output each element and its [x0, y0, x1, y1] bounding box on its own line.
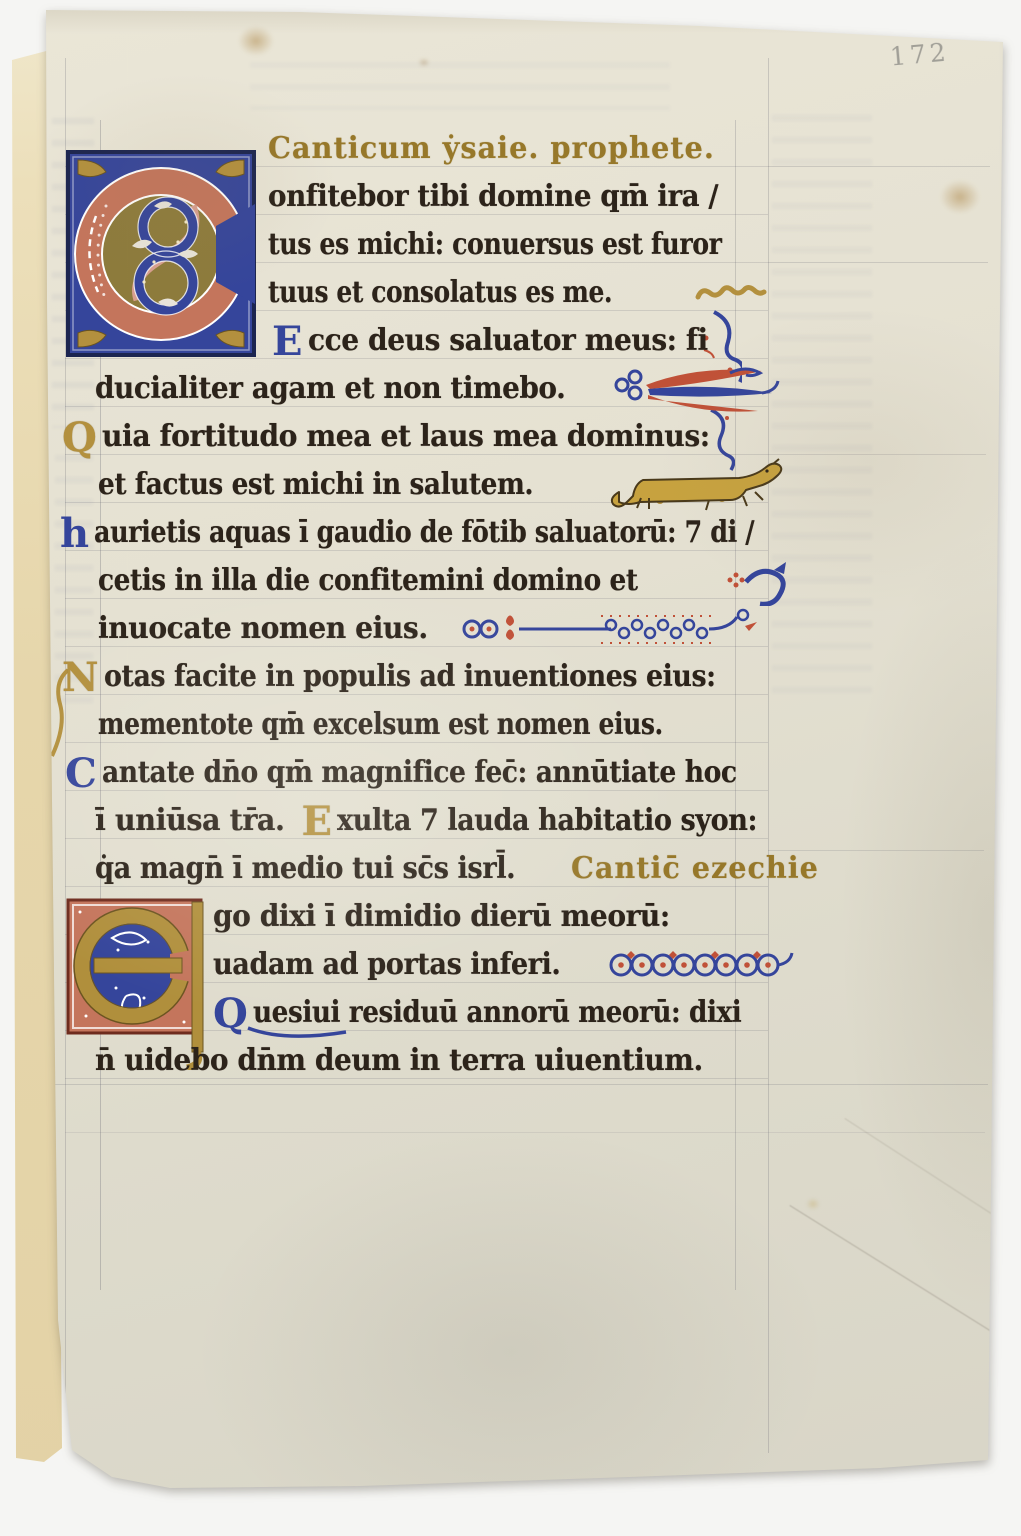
text-line: N otas facite in populis ad inuentiones … — [62, 654, 786, 700]
manuscript-page-scan: Canticum ẏsaie. prophete. onfitebor tibi… — [0, 0, 1021, 1536]
peacock-feather-filler — [461, 608, 761, 650]
text-line: n̄ uidebo dn̄m deum in terra uiuentium. — [95, 1038, 746, 1084]
ruling-line — [768, 454, 986, 455]
text-line: tus es michi: conuersus est furor — [268, 222, 807, 268]
text-line: C antate dn̄o qm̄ magnifice fec̄: annūti… — [65, 750, 817, 796]
text-line: E cce deus saluator meus: fi — [272, 318, 734, 364]
rubric-text: Canticum ẏsaie. prophete. — [268, 133, 715, 165]
versal-initial: Q — [213, 994, 248, 1034]
scratch-mark — [789, 1205, 1021, 1381]
text-line: Q uia fortitudo mea et laus mea dominus: — [62, 414, 748, 460]
parchment-sheet: Canticum ẏsaie. prophete. onfitebor tibi… — [0, 0, 1021, 1536]
rubric-text: Cantic̄ ezechie — [571, 853, 819, 885]
text-line: onfitebor tibi domine qm̄ ira / — [268, 174, 754, 220]
stain — [806, 1198, 820, 1210]
text-line: mementote qm̄ excelsum est nomen eius. — [98, 702, 775, 748]
show-through-text — [250, 62, 670, 110]
stain — [238, 26, 274, 56]
text-line: Q uesiui residuū annorū meorū: dixi — [213, 990, 810, 1036]
stain — [940, 180, 980, 214]
ruling-line — [48, 1084, 988, 1085]
circle-chain-filler — [608, 948, 796, 982]
ruling-line — [768, 166, 990, 167]
text-line: uadam ad portas inferi. — [213, 942, 796, 988]
text-line: h aurietis aquas ī gaudio de fōtib salua… — [60, 510, 872, 556]
gold-lion-filler — [605, 458, 797, 512]
versal-initial: N — [62, 658, 99, 698]
text-line: cetis in illa die confitemini domino et — [98, 558, 788, 604]
text-line: go dixi ī dimidio dierū meorū: — [213, 894, 701, 940]
ruling-line — [65, 1132, 985, 1133]
scratch-mark — [844, 1118, 1021, 1271]
blue-red-frond-filler — [612, 363, 780, 415]
text-line: q̇a magn̄ ī medio tui sc̄s isrl̄. Cantic… — [95, 846, 830, 892]
dragon-curl-filler — [724, 556, 788, 606]
versal-initial: E — [272, 322, 303, 362]
stain — [418, 58, 430, 67]
versal-initial: E — [302, 802, 333, 842]
show-through-text — [772, 115, 872, 695]
text-line: inuocate nomen eius. — [98, 606, 761, 652]
text-line: et factus est michi in salutem. — [98, 462, 797, 508]
gold-squiggle-filler — [694, 281, 768, 305]
text-line: tuus et consolatus es me. — [268, 270, 768, 316]
parchment-sheet-wrap: Canticum ẏsaie. prophete. onfitebor tibi… — [0, 0, 1021, 1536]
folio-number: 172 — [889, 39, 951, 69]
rubric-line: Canticum ẏsaie. prophete. — [268, 126, 733, 172]
text-line: ducialiter agam et non timebo. — [95, 366, 780, 412]
text-line: ī uniūsa tr̄a. E xulta 7 lauda habitatio… — [95, 798, 802, 844]
versal-initial: C — [65, 754, 97, 794]
versal-initial: Q — [62, 418, 97, 458]
versal-initial: h — [60, 514, 89, 554]
illuminated-initial-C — [66, 150, 256, 357]
